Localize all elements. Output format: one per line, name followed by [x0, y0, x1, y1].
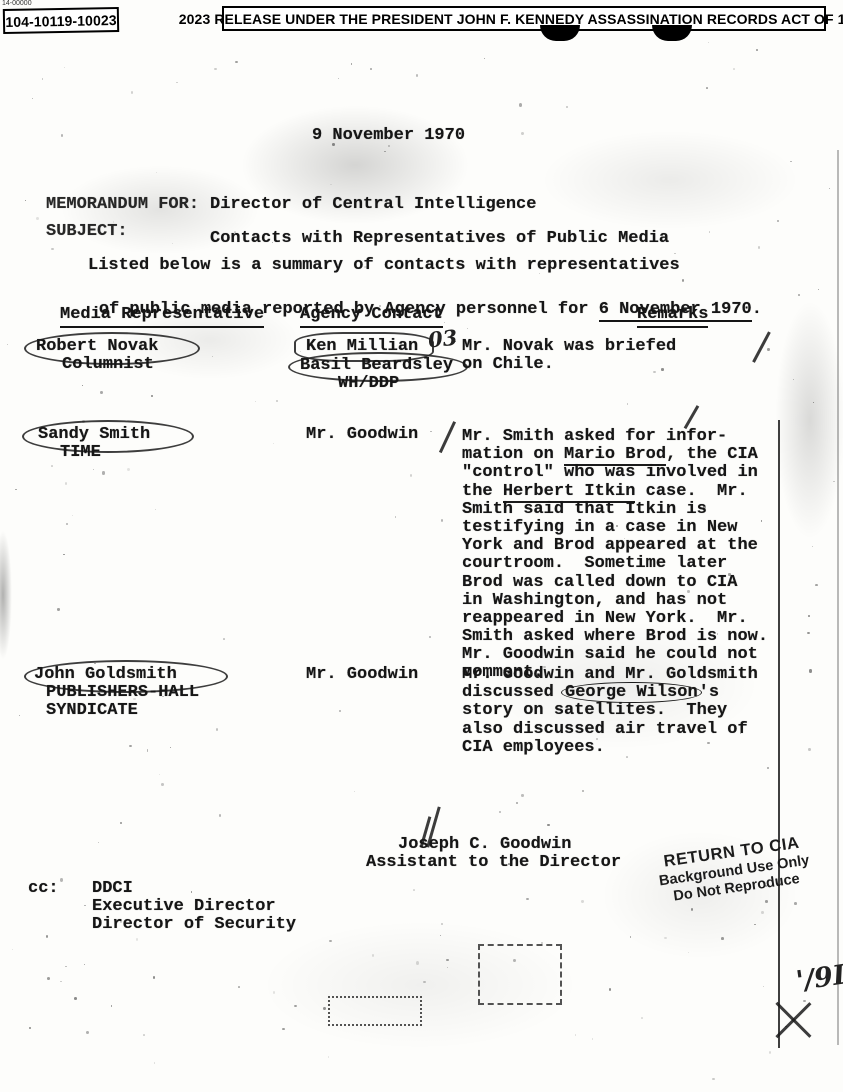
- scan-noise-speck: [330, 184, 331, 185]
- scan-noise-speck: [161, 783, 164, 786]
- scan-noise-speck: [212, 356, 213, 357]
- scan-noise-speck: [763, 986, 764, 987]
- scan-noise-speck: [441, 519, 443, 521]
- scan-noise-speck: [214, 68, 217, 71]
- scan-noise-speck: [767, 767, 769, 769]
- row2-remarks: Mr. Smith asked for infor-mation on Mari…: [462, 428, 768, 683]
- scan-noise-speck: [273, 991, 275, 994]
- scan-noise-speck: [815, 584, 817, 586]
- scan-noise-speck: [807, 632, 810, 634]
- scan-noise-speck: [131, 91, 133, 93]
- scan-noise-speck: [761, 911, 764, 914]
- scan-noise-speck: [143, 1034, 145, 1036]
- scan-noise-speck: [102, 471, 105, 474]
- scan-noise-speck: [111, 1005, 113, 1007]
- scan-noise-speck: [7, 344, 8, 345]
- scan-noise-speck: [155, 509, 156, 510]
- scan-noise-speck: [410, 474, 413, 477]
- scan-noise-speck: [712, 1078, 714, 1080]
- record-id-small: 14-00000: [2, 0, 32, 7]
- scan-noise-speck: [235, 61, 238, 64]
- scan-noise-speck: [47, 977, 50, 980]
- scan-noise-speck: [323, 1007, 326, 1010]
- scan-noise-speck: [384, 151, 385, 152]
- dashed-box: [478, 944, 562, 1005]
- scan-noise-speck: [65, 966, 67, 967]
- scan-noise-speck: [273, 443, 274, 444]
- scan-noise-speck: [754, 924, 755, 925]
- scan-noise-speck: [60, 981, 61, 982]
- scan-noise-speck: [159, 774, 160, 775]
- scan-noise-speck: [499, 811, 501, 813]
- scan-noise-speck: [282, 1028, 285, 1030]
- scan-noise-speck: [682, 279, 684, 282]
- scan-noise-speck: [641, 1017, 643, 1019]
- page-edge-line: [837, 150, 839, 1045]
- scan-noise-speck: [98, 842, 99, 843]
- scan-noise-speck: [423, 981, 426, 983]
- scan-noise-speck: [767, 348, 769, 351]
- scan-noise-speck: [808, 615, 810, 617]
- scan-noise-speck: [519, 103, 522, 107]
- hole-punch: [540, 25, 580, 41]
- scan-noise-speck: [84, 964, 85, 965]
- scan-noise-speck: [12, 949, 13, 950]
- scan-noise-speck: [733, 68, 734, 70]
- scan-noise-speck: [15, 489, 17, 491]
- scan-noise-speck: [82, 385, 83, 386]
- scan-noise-speck: [592, 1038, 594, 1040]
- scan-noise-speck: [630, 936, 632, 938]
- scan-noise-speck: [60, 878, 63, 882]
- scan-noise-speck: [808, 748, 811, 752]
- scan-noise-speck: [777, 220, 778, 221]
- record-number-box: 104-10119-10023: [3, 7, 119, 34]
- handwritten-03: 03: [427, 325, 459, 353]
- scan-noise-speck: [440, 935, 441, 936]
- scan-noise-speck: [372, 954, 374, 957]
- scan-noise-speck: [172, 243, 173, 244]
- release-banner-box: 2023 RELEASE UNDER THE PRESIDENT JOHN F.…: [222, 6, 826, 31]
- subject-label: SUBJECT:: [46, 223, 128, 241]
- scan-noise-speck: [29, 1027, 31, 1029]
- scan-noise-speck: [223, 638, 225, 640]
- scan-noise-speck: [66, 523, 67, 524]
- scan-noise-speck: [51, 248, 54, 250]
- hole-punch: [652, 25, 692, 41]
- scan-noise-speck: [803, 1000, 806, 1002]
- scan-noise-speck: [809, 669, 812, 672]
- scan-noise-speck: [664, 937, 667, 939]
- scan-noise-speck: [100, 391, 103, 395]
- scan-noise-speck: [395, 516, 396, 518]
- scan-noise-speck: [328, 1056, 330, 1057]
- row3-contact-1: Mr. Goodwin: [306, 666, 418, 684]
- hand-drawn-circle: [22, 420, 194, 453]
- scan-noise-speck: [721, 937, 724, 940]
- scan-noise-speck: [354, 791, 355, 792]
- scan-noise-speck: [36, 217, 39, 220]
- scan-noise-speck: [388, 145, 390, 147]
- scanned-memo-page: 14-00000 104-10119-10023 2023 RELEASE UN…: [0, 0, 843, 1092]
- scan-noise-speck: [136, 938, 139, 941]
- scan-noise-speck: [127, 468, 130, 471]
- scan-noise-speck: [19, 715, 20, 716]
- scan-noise-speck: [526, 898, 528, 900]
- scan-noise-speck: [829, 188, 830, 189]
- scan-noise-speck: [339, 710, 341, 712]
- scan-noise-speck: [57, 608, 60, 610]
- scan-noise-speck: [170, 747, 171, 748]
- scan-noise-speck: [627, 403, 628, 404]
- scan-noise-speck: [93, 469, 94, 470]
- memo-date: 9 November 1970: [312, 127, 465, 145]
- intro-line-1: Listed below is a summary of contacts wi…: [88, 257, 680, 275]
- scan-smudge: [0, 530, 12, 660]
- scan-smudge: [540, 130, 800, 230]
- scan-noise-speck: [64, 67, 65, 68]
- scan-noise-speck: [566, 106, 568, 108]
- signature-name: Joseph C. Goodwin: [398, 836, 571, 854]
- header-media-representative: Media Representative: [60, 306, 264, 324]
- record-number: 104-10119-10023: [5, 12, 117, 30]
- scan-noise-speck: [129, 745, 132, 747]
- scan-noise-speck: [276, 400, 278, 403]
- scan-noise-speck: [370, 68, 373, 70]
- scan-noise-speck: [793, 379, 794, 380]
- release-banner-text: 2023 RELEASE UNDER THE PRESIDENT JOHN F.…: [179, 11, 843, 27]
- scan-noise-speck: [42, 78, 44, 79]
- scan-noise-speck: [156, 172, 157, 173]
- row2-contact-1: Mr. Goodwin: [306, 426, 418, 444]
- scan-noise-speck: [582, 790, 584, 792]
- scan-noise-speck: [351, 63, 353, 65]
- row1-contact-org: WH/DDP: [338, 375, 399, 393]
- memo-for-label: MEMORANDUM FOR:: [46, 196, 199, 214]
- scan-noise-speck: [484, 58, 485, 59]
- scan-noise-speck: [153, 976, 155, 978]
- handwritten-annotation: '/9D: [794, 958, 843, 997]
- scan-noise-speck: [413, 889, 415, 891]
- scan-noise-speck: [756, 49, 758, 51]
- scan-noise-speck: [441, 923, 443, 925]
- scan-noise-speck: [547, 824, 549, 827]
- scan-noise-speck: [758, 246, 761, 249]
- scan-noise-speck: [688, 952, 689, 953]
- scan-noise-speck: [416, 961, 419, 965]
- scan-noise-speck: [790, 161, 792, 163]
- scan-noise-speck: [706, 87, 708, 89]
- scan-noise-speck: [86, 1031, 89, 1034]
- scan-noise-speck: [833, 481, 835, 483]
- cc-recipients: DDCIExecutive DirectorDirector of Securi…: [92, 880, 296, 935]
- scan-smudge: [775, 300, 843, 540]
- scan-noise-speck: [72, 515, 73, 516]
- scan-noise-speck: [176, 82, 177, 83]
- scan-noise-speck: [575, 1034, 576, 1035]
- copy-edge-line: [778, 420, 780, 1048]
- row2-affiliation: TIME: [60, 444, 101, 462]
- scan-noise-speck: [151, 395, 153, 397]
- scan-noise-speck: [818, 289, 819, 290]
- scan-noise-speck: [25, 200, 26, 201]
- scan-noise-speck: [238, 986, 240, 988]
- handwritten-slash: [684, 405, 699, 429]
- scan-noise-speck: [147, 749, 149, 751]
- scan-noise-speck: [120, 822, 122, 825]
- scan-noise-speck: [329, 940, 332, 943]
- scan-noise-speck: [219, 814, 222, 817]
- scan-noise-speck: [294, 1005, 297, 1007]
- scan-noise-speck: [765, 900, 768, 902]
- intro-line-2-post: .: [752, 300, 762, 319]
- scan-noise-speck: [429, 636, 432, 639]
- scan-noise-speck: [416, 74, 418, 77]
- scan-noise-speck: [674, 253, 676, 254]
- scan-noise-speck: [61, 134, 63, 137]
- row3-affiliation: PUBLISHERS-HALLSYNDICATE: [46, 684, 199, 720]
- scan-noise-speck: [812, 546, 813, 547]
- scan-noise-speck: [516, 802, 517, 803]
- row1-remarks: Mr. Novak was briefedon Chile.: [462, 338, 676, 374]
- scan-noise-speck: [65, 482, 67, 485]
- scan-noise-speck: [709, 231, 710, 232]
- scan-noise-speck: [84, 905, 86, 907]
- handwritten-slash: [439, 421, 456, 453]
- scan-noise-speck: [609, 988, 611, 991]
- scan-noise-speck: [813, 402, 814, 404]
- scan-noise-speck: [446, 959, 448, 961]
- scan-noise-speck: [521, 794, 524, 796]
- row1-affiliation: Columnist: [62, 356, 154, 374]
- scan-noise-speck: [32, 98, 33, 99]
- scan-noise-speck: [430, 431, 431, 432]
- scan-noise-speck: [51, 465, 53, 467]
- scan-noise-speck: [154, 1062, 155, 1063]
- header-agency-contact: Agency Contact: [300, 306, 443, 324]
- scan-noise-speck: [46, 935, 49, 938]
- scan-noise-speck: [216, 728, 218, 731]
- scan-noise-speck: [708, 42, 709, 43]
- header-remarks: Remarks: [637, 306, 708, 324]
- signature-title: Assistant to the Director: [366, 854, 621, 872]
- scan-noise-speck: [63, 554, 65, 555]
- scan-noise-speck: [338, 78, 339, 79]
- scan-noise-speck: [794, 902, 797, 905]
- scan-noise-speck: [447, 967, 448, 968]
- row3-remarks: Mr. Goodwin and Mr. Goldsmithdiscussed G…: [462, 666, 758, 757]
- scan-noise-speck: [798, 294, 800, 296]
- scan-noise-speck: [691, 908, 693, 911]
- scan-noise-speck: [581, 900, 584, 902]
- scan-noise-speck: [74, 997, 77, 1000]
- scan-noise-speck: [769, 1051, 771, 1054]
- scan-noise-speck: [255, 401, 256, 402]
- scan-noise-speck: [521, 132, 524, 135]
- return-to-cia-stamp: RETURN TO CIA Background Use Only Do Not…: [633, 830, 834, 910]
- memo-for-value: Director of Central Intelligence: [210, 196, 536, 214]
- cc-label: cc:: [28, 880, 59, 898]
- dotted-box: [328, 996, 422, 1026]
- subject-value: Contacts with Representatives of Public …: [210, 230, 669, 248]
